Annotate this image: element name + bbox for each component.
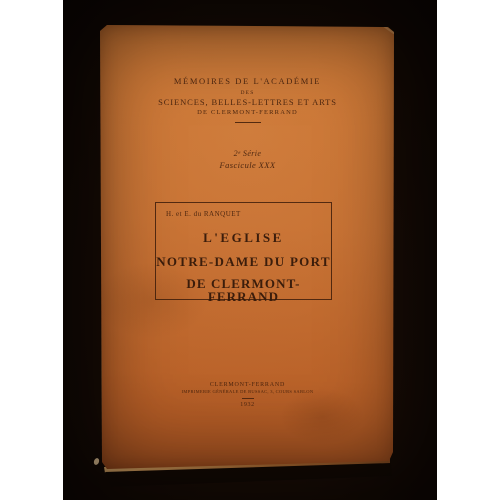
imprint-printer: IMPRIMERIE GÉNÉRALE DE BUSSAC, 3, COURS …	[98, 390, 397, 395]
title-box: H. et E. du RANQUET L'EGLISE NOTRE-DAME …	[155, 202, 332, 300]
book-title-line3: DE CLERMONT-FERRAND	[156, 277, 331, 303]
academy-title-line4: DE CLERMONT-FERRAND	[98, 110, 397, 117]
academy-title-line1: MÉMOIRES DE L'ACADÉMIE	[98, 77, 397, 86]
book-title-line2: NOTRE-DAME DU PORT	[156, 255, 331, 268]
imprint-year: 1932	[98, 402, 397, 408]
fascicule-label: Fascicule XXX	[98, 161, 397, 170]
author-name: H. et E. du RANQUET	[166, 211, 241, 218]
academy-title-line3: SCIENCES, BELLES-LETTRES ET ARTS	[98, 98, 397, 107]
header-divider	[235, 122, 261, 123]
series-label: 2ᵉ Série	[98, 150, 397, 158]
corner-page-speck	[93, 457, 100, 465]
academy-title-line2: DES	[98, 91, 397, 97]
corner-fold	[381, 24, 395, 35]
book: MÉMOIRES DE L'ACADÉMIE DES SCIENCES, BEL…	[98, 24, 397, 490]
imprint-divider	[242, 398, 254, 399]
book-photo: MÉMOIRES DE L'ACADÉMIE DES SCIENCES, BEL…	[63, 0, 437, 500]
book-front-cover: MÉMOIRES DE L'ACADÉMIE DES SCIENCES, BEL…	[98, 24, 397, 470]
book-title-line1: L'EGLISE	[156, 231, 331, 244]
page-edge-left	[100, 314, 102, 464]
imprint-city: CLERMONT-FERRAND	[98, 382, 397, 388]
